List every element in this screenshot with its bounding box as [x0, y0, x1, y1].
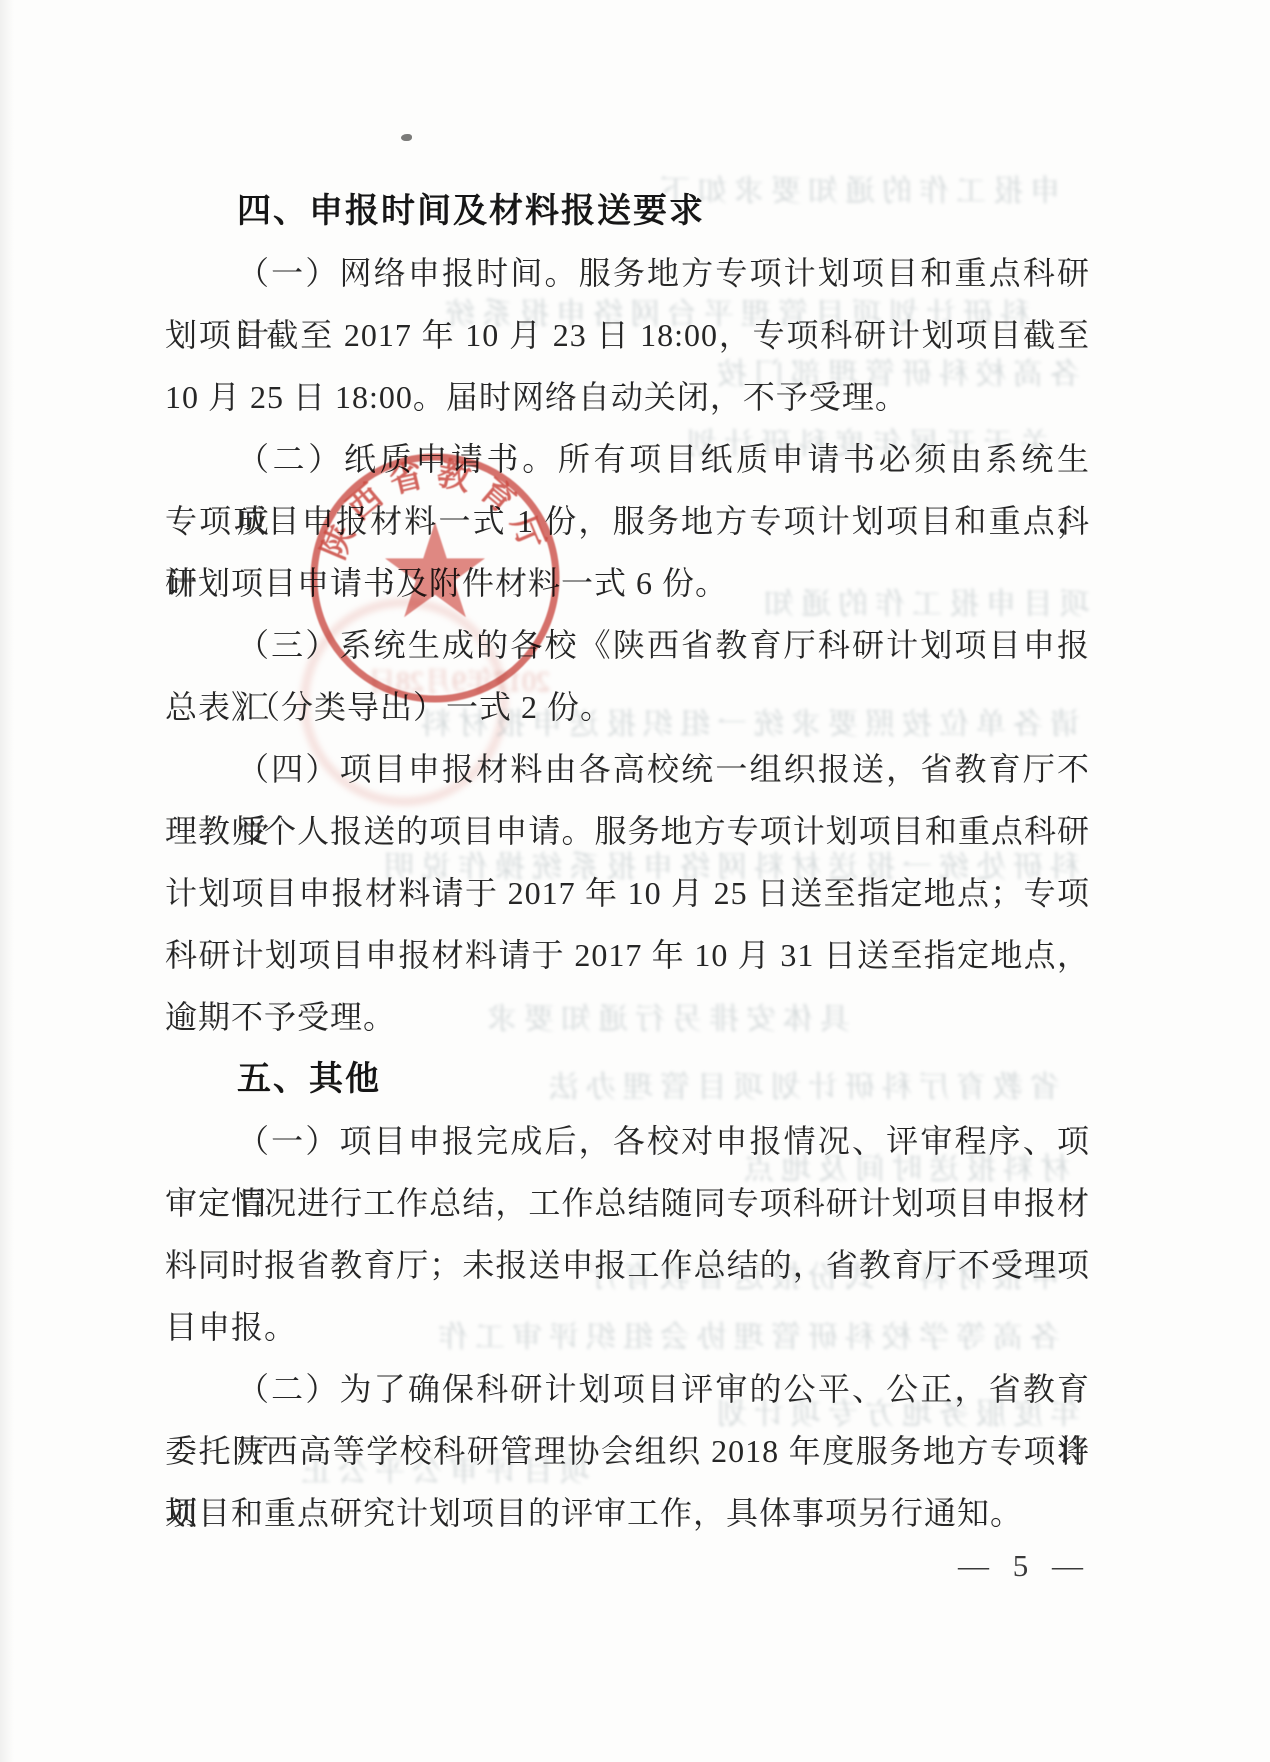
text-line: 科研计划项目申报材料请于 2017 年 10 月 31 日送至指定地点，	[165, 924, 1090, 986]
seal-star-icon	[385, 522, 485, 617]
official-seal: 陕西省教育厅	[303, 446, 567, 710]
document-lines: 四、申报时间及材料报送要求（一）网络申报时间。服务地方专项计划项目和重点科研计划…	[165, 180, 1090, 1544]
text-line: 划项目截至 2017 年 10 月 23 日 18:00，专项科研计划项目截至	[165, 304, 1090, 366]
text-line: 委托陕西高等学校科研管理协会组织 2018 年度服务地方专项计划	[165, 1420, 1090, 1482]
text-line: 10 月 25 日 18:00。届时网络自动关闭，不予受理。	[165, 366, 1090, 428]
page-number: — 5 —	[958, 1548, 1085, 1584]
text-line: 逾期不予受理。	[165, 986, 1090, 1048]
text-line: 理教师个人报送的项目申请。服务地方专项计划项目和重点科研	[165, 800, 1090, 862]
text-line: （一）网络申报时间。服务地方专项计划项目和重点科研计	[165, 242, 1090, 304]
text-line: 计划项目申报材料请于 2017 年 10 月 25 日送至指定地点；专项	[165, 862, 1090, 924]
text-line: （一）项目申报完成后，各校对申报情况、评审程序、项目	[165, 1110, 1090, 1172]
text-line: 审定情况进行工作总结，工作总结随同专项科研计划项目申报材	[165, 1172, 1090, 1234]
text-line: 项目和重点研究计划项目的评审工作，具体事项另行通知。	[165, 1482, 1090, 1544]
section-heading: 四、申报时间及材料报送要求	[165, 180, 1090, 242]
text-line: 目申报。	[165, 1296, 1090, 1358]
section-heading: 五、其他	[165, 1048, 1090, 1110]
ink-speck	[401, 134, 412, 141]
text-line: （二）为了确保科研计划项目评审的公平、公正，省教育厅将	[165, 1358, 1090, 1420]
text-line: （四）项目申报材料由各高校统一组织报送，省教育厅不受	[165, 738, 1090, 800]
scanned-document-page: 2017年9月28日 申报工作的通知要求如下科研计划项目管理平台网络申报系统各高…	[0, 0, 1270, 1762]
text-line: 料同时报省教育厅；未报送申报工作总结的，省教育厅不受理项	[165, 1234, 1090, 1296]
